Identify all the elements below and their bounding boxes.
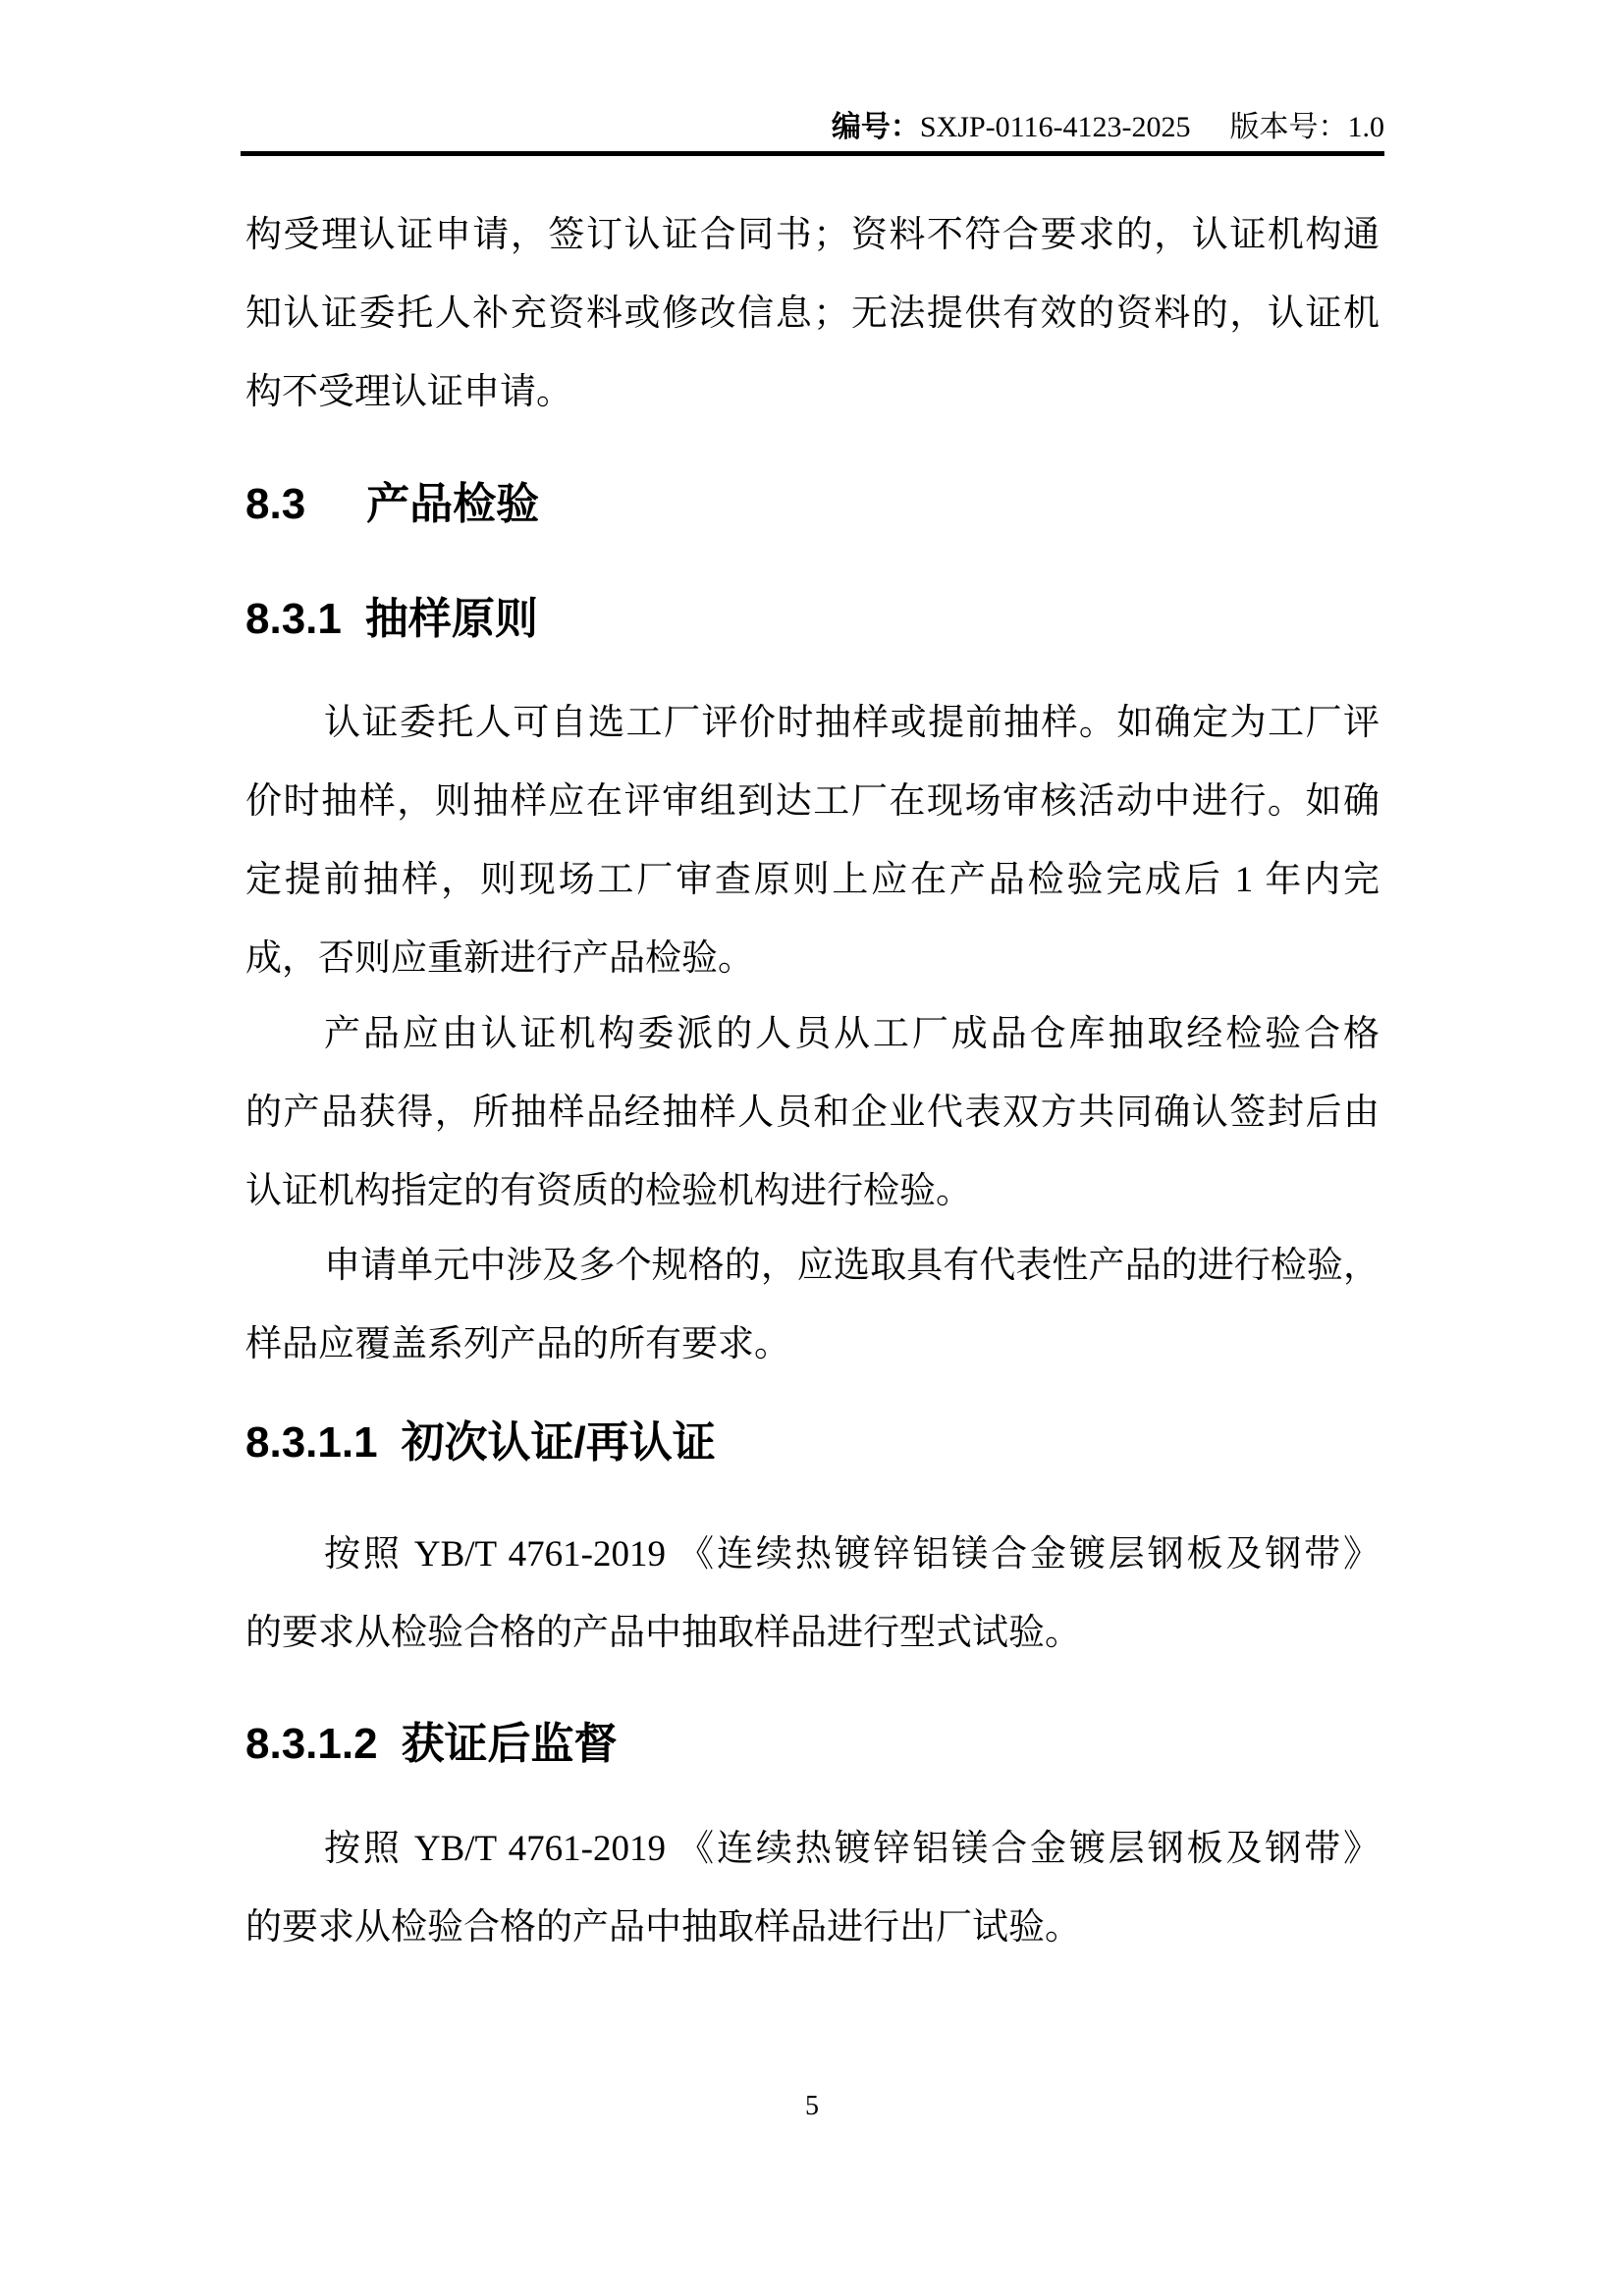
text-line: 构不受理认证申请。 [245, 353, 1380, 432]
header-divider-rule [241, 151, 1384, 156]
text-line: 价时抽样，则抽样应在评审组到达工厂在现场审核活动中进行。如确 [245, 763, 1380, 841]
doc-number-label: 编号： [832, 111, 920, 143]
text-line: 按照 YB/T 4761-2019 《连续热镀锌铝镁合金镀层钢板及钢带》 [245, 1810, 1380, 1889]
section-title: 获证后监督 [402, 1720, 618, 1768]
text-line: 的要求从检验合格的产品中抽取样品进行型式试验。 [245, 1594, 1380, 1673]
section-number: 8.3.1.1 [245, 1418, 378, 1467]
text-line: 申请单元中涉及多个规格的，应选取具有代表性产品的进行检验， [245, 1227, 1380, 1306]
paragraph-post-certification: 按照 YB/T 4761-2019 《连续热镀锌铝镁合金镀层钢板及钢带》 的要求… [245, 1810, 1380, 1967]
text-line: 定提前抽样，则现场工厂审查原则上应在产品检验完成后 1 年内完 [245, 841, 1380, 920]
text-line: 产品应由认证机构委派的人员从工厂成品仓库抽取经检验合格 [245, 995, 1380, 1074]
text-line: 样品应覆盖系列产品的所有要求。 [245, 1306, 1380, 1384]
section-number: 8.3 [245, 480, 305, 528]
text-line: 认证机构指定的有资质的检验机构进行检验。 [245, 1152, 1380, 1231]
section-heading-8-3: 8.3产品检验 [245, 465, 1380, 544]
section-number: 8.3.1 [245, 595, 342, 643]
text-line: 知认证委托人补充资料或修改信息；无法提供有效的资料的，认证机 [245, 275, 1380, 353]
text-line: 成，否则应重新进行产品检验。 [245, 920, 1380, 998]
paragraph-sampling-principle-3: 申请单元中涉及多个规格的，应选取具有代表性产品的进行检验， 样品应覆盖系列产品的… [245, 1227, 1380, 1384]
section-number: 8.3.1.2 [245, 1720, 378, 1768]
paragraph-sampling-principle-2: 产品应由认证机构委派的人员从工厂成品仓库抽取经检验合格 的产品获得，所抽样品经抽… [245, 995, 1380, 1231]
text-line: 认证委托人可自选工厂评价时抽样或提前抽样。如确定为工厂评 [245, 684, 1380, 763]
section-title: 抽样原则 [365, 595, 538, 643]
text-line: 按照 YB/T 4761-2019 《连续热镀锌铝镁合金镀层钢板及钢带》 [245, 1516, 1380, 1594]
text-line: 构受理认证申请，签订认证合同书；资料不符合要求的，认证机构通 [245, 196, 1380, 275]
section-heading-8-3-1-1: 8.3.1.1初次认证/再认证 [245, 1404, 1380, 1482]
page-number: 5 [0, 2087, 1624, 2126]
doc-number-value: SXJP-0116-4123-2025 [920, 111, 1191, 143]
section-title: 初次认证/再认证 [402, 1418, 716, 1467]
section-heading-8-3-1: 8.3.1抽样原则 [245, 580, 1380, 659]
document-page: 编号：SXJP-0116-4123-2025版本号：1.0 构受理认证申请，签订… [0, 0, 1624, 2296]
section-title: 产品检验 [366, 480, 539, 528]
version-value: 1.0 [1348, 111, 1385, 143]
paragraph-application-acceptance: 构受理认证申请，签订认证合同书；资料不符合要求的，认证机构通 知认证委托人补充资… [245, 196, 1380, 432]
text-line: 的产品获得，所抽样品经抽样人员和企业代表双方共同确认签封后由 [245, 1074, 1380, 1152]
page-header: 编号：SXJP-0116-4123-2025版本号：1.0 [241, 108, 1384, 147]
paragraph-initial-certification: 按照 YB/T 4761-2019 《连续热镀锌铝镁合金镀层钢板及钢带》 的要求… [245, 1516, 1380, 1673]
paragraph-sampling-principle-1: 认证委托人可自选工厂评价时抽样或提前抽样。如确定为工厂评 价时抽样，则抽样应在评… [245, 684, 1380, 998]
section-heading-8-3-1-2: 8.3.1.2获证后监督 [245, 1705, 1380, 1784]
text-line: 的要求从检验合格的产品中抽取样品进行出厂试验。 [245, 1889, 1380, 1967]
version-label: 版本号： [1230, 111, 1348, 143]
